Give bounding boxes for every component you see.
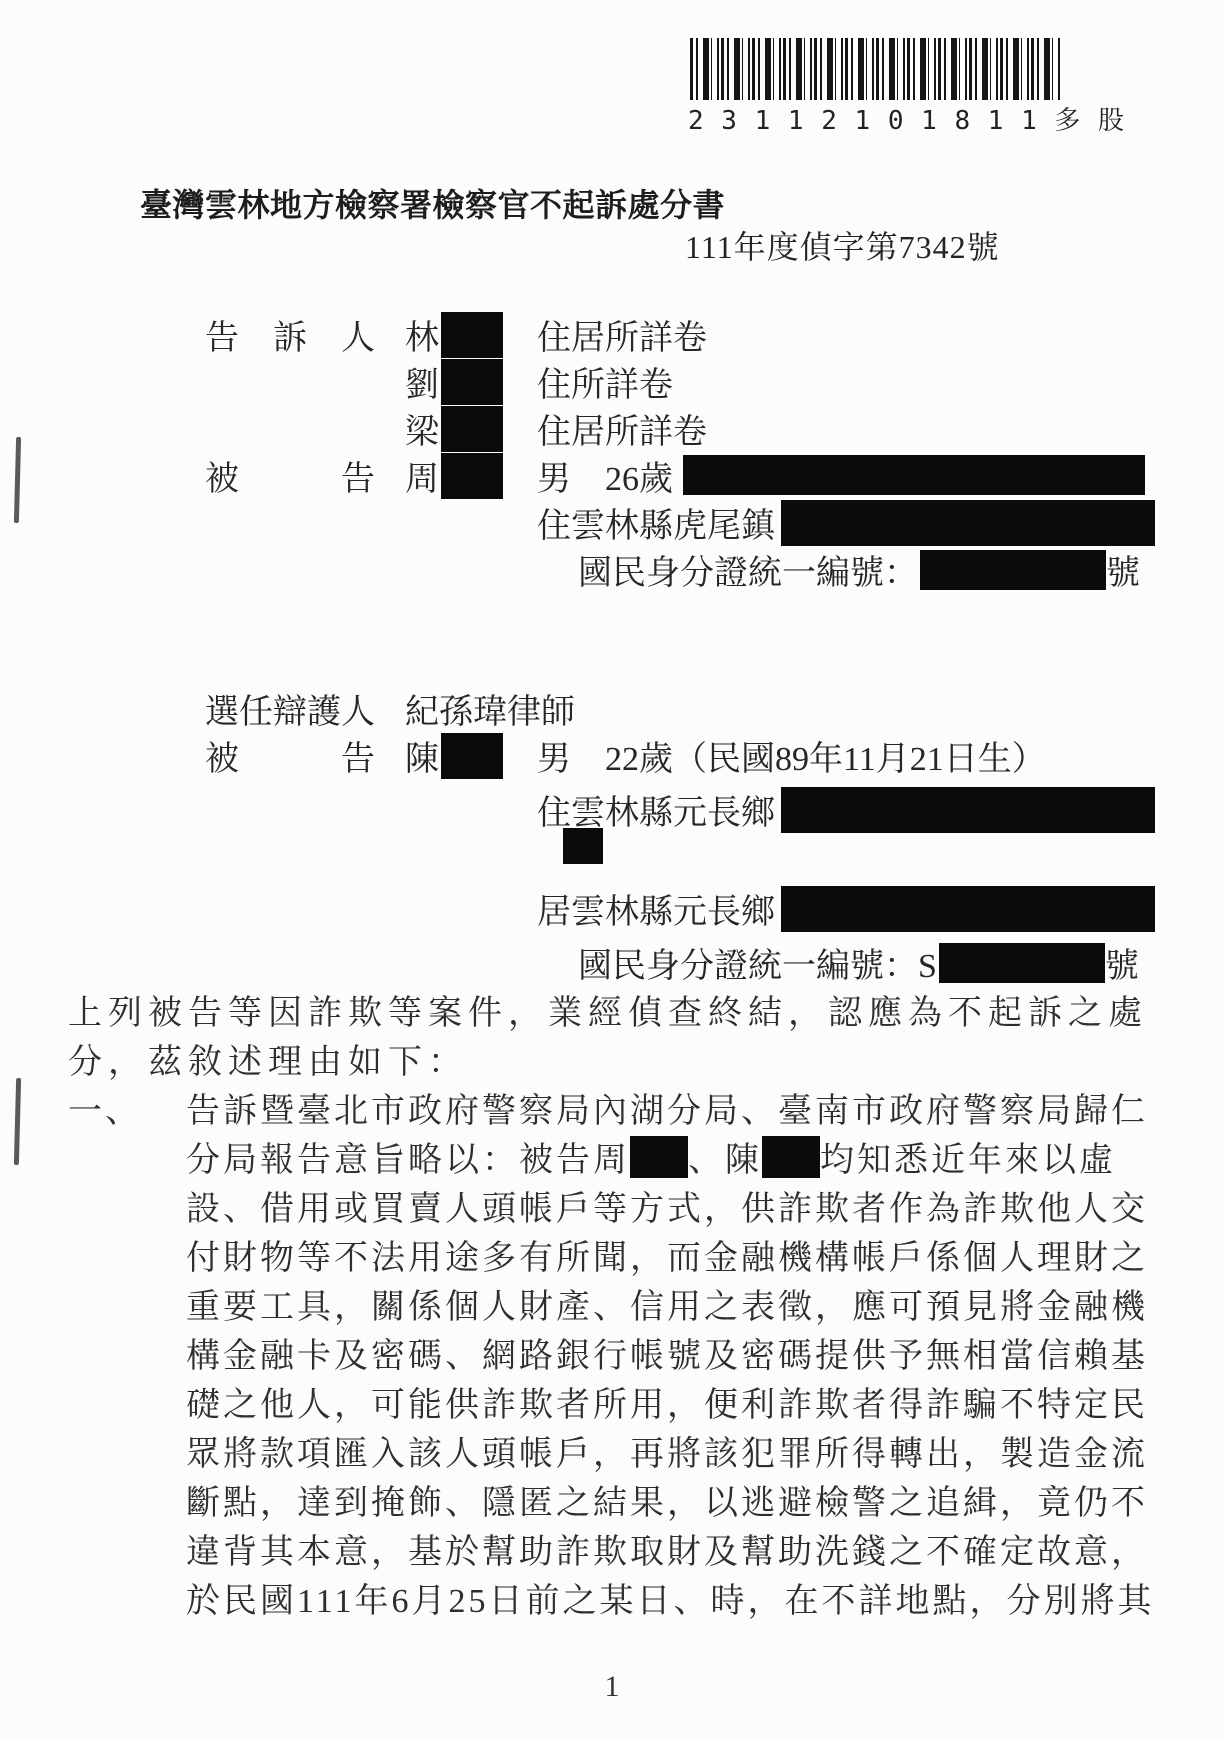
defendant-1-id-label: 國民身分證統一編號： bbox=[578, 555, 918, 592]
redaction-bar bbox=[781, 787, 1155, 833]
redaction-box bbox=[441, 406, 503, 452]
body-line: 眾將款項匯入該人頭帳戶，再將該犯罪所得轉出，製造金流 bbox=[186, 1426, 1148, 1475]
staple-mark-top bbox=[14, 437, 21, 523]
document-page: 2 3 1 1 2 1 0 1 8 1 1 多 股 臺灣雲林地方檢察署檢察官不起… bbox=[0, 0, 1224, 1738]
redaction-bar bbox=[683, 455, 1145, 495]
body-line: 付財物等不法用途多有所聞，而金融機構帳戶係個人理財之 bbox=[186, 1230, 1148, 1279]
defendant-1-sex-age: 男 26歲 bbox=[537, 461, 673, 498]
case-number: 111年度偵字第7342號 bbox=[685, 222, 1000, 268]
defendant-1-address: 住雲林縣虎尾鎮 bbox=[537, 498, 1155, 547]
defendant-1-role-label: 被 告 bbox=[205, 451, 375, 500]
body-line: 重要工具，關係個人財產、信用之表徵，應可預見將金融機 bbox=[186, 1279, 1148, 1328]
complainant-2-surname: 劉 bbox=[405, 367, 439, 404]
complainant-1-name: 林 bbox=[405, 310, 503, 359]
defendant-2-id-visible-char: S bbox=[918, 948, 937, 985]
item-1-line-2-pre: 分局報告意旨略以：被告周 bbox=[186, 1142, 630, 1179]
body-line: 設、借用或買賣人頭帳戶等方式，供詐欺者作為詐欺他人交 bbox=[186, 1181, 1148, 1230]
complainant-3-surname: 梁 bbox=[405, 414, 439, 451]
complainant-2-note: 住所詳卷 bbox=[537, 357, 673, 406]
defendant-2-id-label: 國民身分證統一編號： bbox=[578, 948, 918, 985]
defendant-2-address: 住雲林縣元長鄉 bbox=[537, 785, 1155, 834]
body-intro-line-1: 上列被告等因詐欺等案件，業經偵查終結，認應為不起訴之處 bbox=[68, 985, 1148, 1034]
barcode-image bbox=[690, 38, 1062, 100]
defendant-1-surname: 周 bbox=[405, 461, 439, 498]
defendant-1-name: 周 bbox=[405, 451, 503, 500]
body-line: 於民國111年6月25日前之某日、時，在不詳地點，分別將其 bbox=[186, 1573, 1154, 1622]
redaction-box bbox=[920, 550, 1106, 590]
body-line: 構金融卡及密碼、網路銀行帳號及密碼提供予無相當信賴基 bbox=[186, 1328, 1148, 1377]
defense-counsel-name: 紀孫瑋律師 bbox=[405, 684, 575, 733]
item-1-line-2-post: 均知悉近年來以虛 bbox=[820, 1142, 1116, 1179]
defendant-2-name: 陳 bbox=[405, 731, 503, 780]
defendant-2-details: 男 22歲（民國89年11月21日生） bbox=[537, 731, 1046, 780]
defendant-2-id: 國民身分證統一編號：S號 bbox=[578, 938, 1139, 987]
item-1-line-2: 分局報告意旨略以：被告周、陳均知悉近年來以虛 bbox=[186, 1132, 1116, 1181]
item-1-marker: 一、 bbox=[68, 1083, 142, 1132]
redaction-box bbox=[441, 453, 503, 499]
defendant-1-id: 國民身分證統一編號：號 bbox=[578, 545, 1140, 594]
complainant-role-label: 告 訴 人 bbox=[205, 310, 375, 359]
complainant-1-note: 住居所詳卷 bbox=[537, 310, 707, 359]
complainant-3-note: 住居所詳卷 bbox=[537, 404, 707, 453]
defendant-2-role-label: 被 告 bbox=[205, 731, 375, 780]
body-line: 斷點，達到掩飾、隱匿之結果，以逃避檢警之追緝，竟仍不 bbox=[186, 1475, 1148, 1524]
redaction-box bbox=[630, 1136, 688, 1178]
defense-counsel-role-label: 選任辯護人 bbox=[205, 684, 375, 733]
redaction-box bbox=[762, 1136, 820, 1178]
defendant-1-address-prefix: 住雲林縣虎尾鎮 bbox=[537, 508, 775, 545]
redaction-box bbox=[441, 359, 503, 405]
defendant-2-residence: 居雲林縣元長鄉 bbox=[537, 884, 1155, 933]
staple-mark-bottom bbox=[14, 1078, 21, 1165]
barcode-number: 2 3 1 1 2 1 0 1 8 1 1 多 股 bbox=[688, 100, 1066, 137]
defendant-2-surname: 陳 bbox=[405, 741, 439, 778]
redaction-box bbox=[939, 943, 1105, 983]
defendant-1-id-suffix: 號 bbox=[1106, 555, 1140, 592]
redaction-bar bbox=[781, 886, 1155, 932]
document-title: 臺灣雲林地方檢察署檢察官不起訴處分書 bbox=[140, 180, 725, 226]
defendant-2-id-suffix: 號 bbox=[1105, 948, 1139, 985]
complainant-1-surname: 林 bbox=[405, 320, 439, 357]
page-number: 1 bbox=[0, 1670, 1224, 1704]
body-line: 礎之他人，可能供詐欺者所用，便利詐欺者得詐騙不特定民 bbox=[186, 1377, 1148, 1426]
body-line: 違背其本意，基於幫助詐欺取財及幫助洗錢之不確定故意， bbox=[186, 1524, 1148, 1573]
redaction-box bbox=[441, 733, 503, 779]
item-1-line-2-mid: 、陳 bbox=[688, 1142, 762, 1179]
complainant-2-name: 劉 bbox=[405, 357, 503, 406]
body-intro-line-2: 分，茲敘述理由如下： bbox=[68, 1034, 468, 1083]
item-1-line-1: 告訴暨臺北市政府警察局內湖分局、臺南市政府警察局歸仁 bbox=[186, 1083, 1148, 1132]
defendant-1-details: 男 26歲 bbox=[537, 451, 1145, 500]
redaction-bar bbox=[781, 500, 1155, 546]
address-redaction-square bbox=[563, 828, 603, 864]
defendant-2-residence-prefix: 居雲林縣元長鄉 bbox=[537, 894, 775, 931]
redaction-box bbox=[441, 312, 503, 358]
defendant-2-address-prefix: 住雲林縣元長鄉 bbox=[537, 795, 775, 832]
complainant-3-name: 梁 bbox=[405, 404, 503, 453]
